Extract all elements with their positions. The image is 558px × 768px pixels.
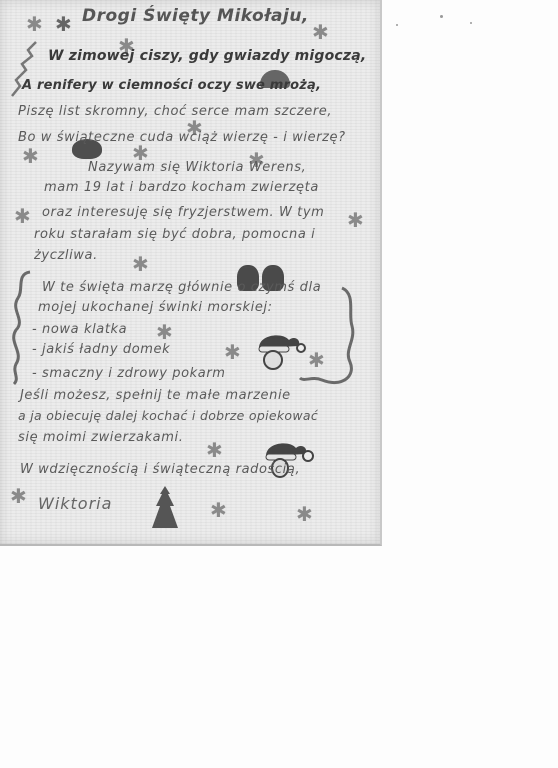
snowflake-star-icon: ✱ bbox=[312, 22, 329, 42]
snowflake-star-icon: ✱ bbox=[210, 500, 227, 520]
snowflake-star-icon: ✱ bbox=[10, 486, 27, 506]
request-line: się moimi zwierzakami. bbox=[18, 430, 183, 445]
snowflake-star-icon: ✱ bbox=[156, 322, 173, 342]
signature: Wiktoria bbox=[38, 494, 112, 513]
poem-line: A renifery w ciemności oczy swe mrożą, bbox=[22, 78, 321, 93]
snowflake-star-icon: ✱ bbox=[22, 146, 39, 166]
snowflake-star-icon: ✱ bbox=[224, 342, 241, 362]
about-line: mam 19 lat i bardzo kocham zwierzęta bbox=[44, 180, 319, 195]
wish-list-item: - jakiś ładny domek bbox=[32, 342, 170, 357]
wish-intro-line: mojej ukochanej świnki morskiej: bbox=[38, 300, 273, 315]
snowflake-star-icon: ✱ bbox=[347, 210, 364, 230]
vine-squiggle-icon bbox=[298, 284, 358, 394]
request-line: a ja obiecuję dalej kochać i dobrze opie… bbox=[18, 408, 318, 423]
about-line: życzliwa. bbox=[34, 248, 98, 263]
pine-tree-icon bbox=[150, 484, 180, 534]
snowflake-star-icon: ✱ bbox=[14, 206, 31, 226]
snowflake-star-icon: ✱ bbox=[132, 254, 149, 274]
santa-hat-icon bbox=[257, 330, 307, 372]
letter-paper: ✱ ✱ ✱ ✱ ✱ ✱ ✱ ✱ ✱ ✱ ✱ ✱ ✱ ✱ ✱ ✱ ✱ ✱ bbox=[0, 0, 382, 546]
scan-speck bbox=[470, 22, 472, 24]
wish-list-item: - nowa klatka bbox=[32, 322, 127, 337]
snowflake-star-icon: ✱ bbox=[55, 14, 72, 34]
about-line: roku starałam się być dobra, pomocna i bbox=[34, 227, 315, 242]
letter-greeting: Drogi Święty Mikołaju, bbox=[82, 6, 309, 26]
snowflake-star-icon: ✱ bbox=[296, 504, 313, 524]
intro-line: Piszę list skromny, choć serce mam szcze… bbox=[18, 104, 332, 119]
about-line: Nazywam się Wiktoria Werens, bbox=[88, 160, 306, 175]
request-line: Jeśli możesz, spełnij te małe marzenie bbox=[20, 388, 291, 403]
closing-line: W wdzięcznością i świąteczną radością, bbox=[20, 462, 300, 477]
intro-line: Bo w świąteczne cuda wciąż wierzę - i wi… bbox=[18, 130, 346, 145]
snowflake-star-icon: ✱ bbox=[206, 440, 223, 460]
poem-line: W zimowej ciszy, gdy gwiazdy migoczą, bbox=[48, 48, 366, 64]
wish-intro-line: W te święta marzę głównie o czymś dla bbox=[42, 280, 321, 295]
wish-list-item: - smaczny i zdrowy pokarm bbox=[32, 366, 226, 381]
scan-speck bbox=[396, 24, 398, 26]
scan-speck bbox=[440, 15, 443, 18]
snowflake-star-icon: ✱ bbox=[26, 14, 43, 34]
about-line: oraz interesuję się fryzjerstwem. W tym bbox=[42, 205, 324, 220]
